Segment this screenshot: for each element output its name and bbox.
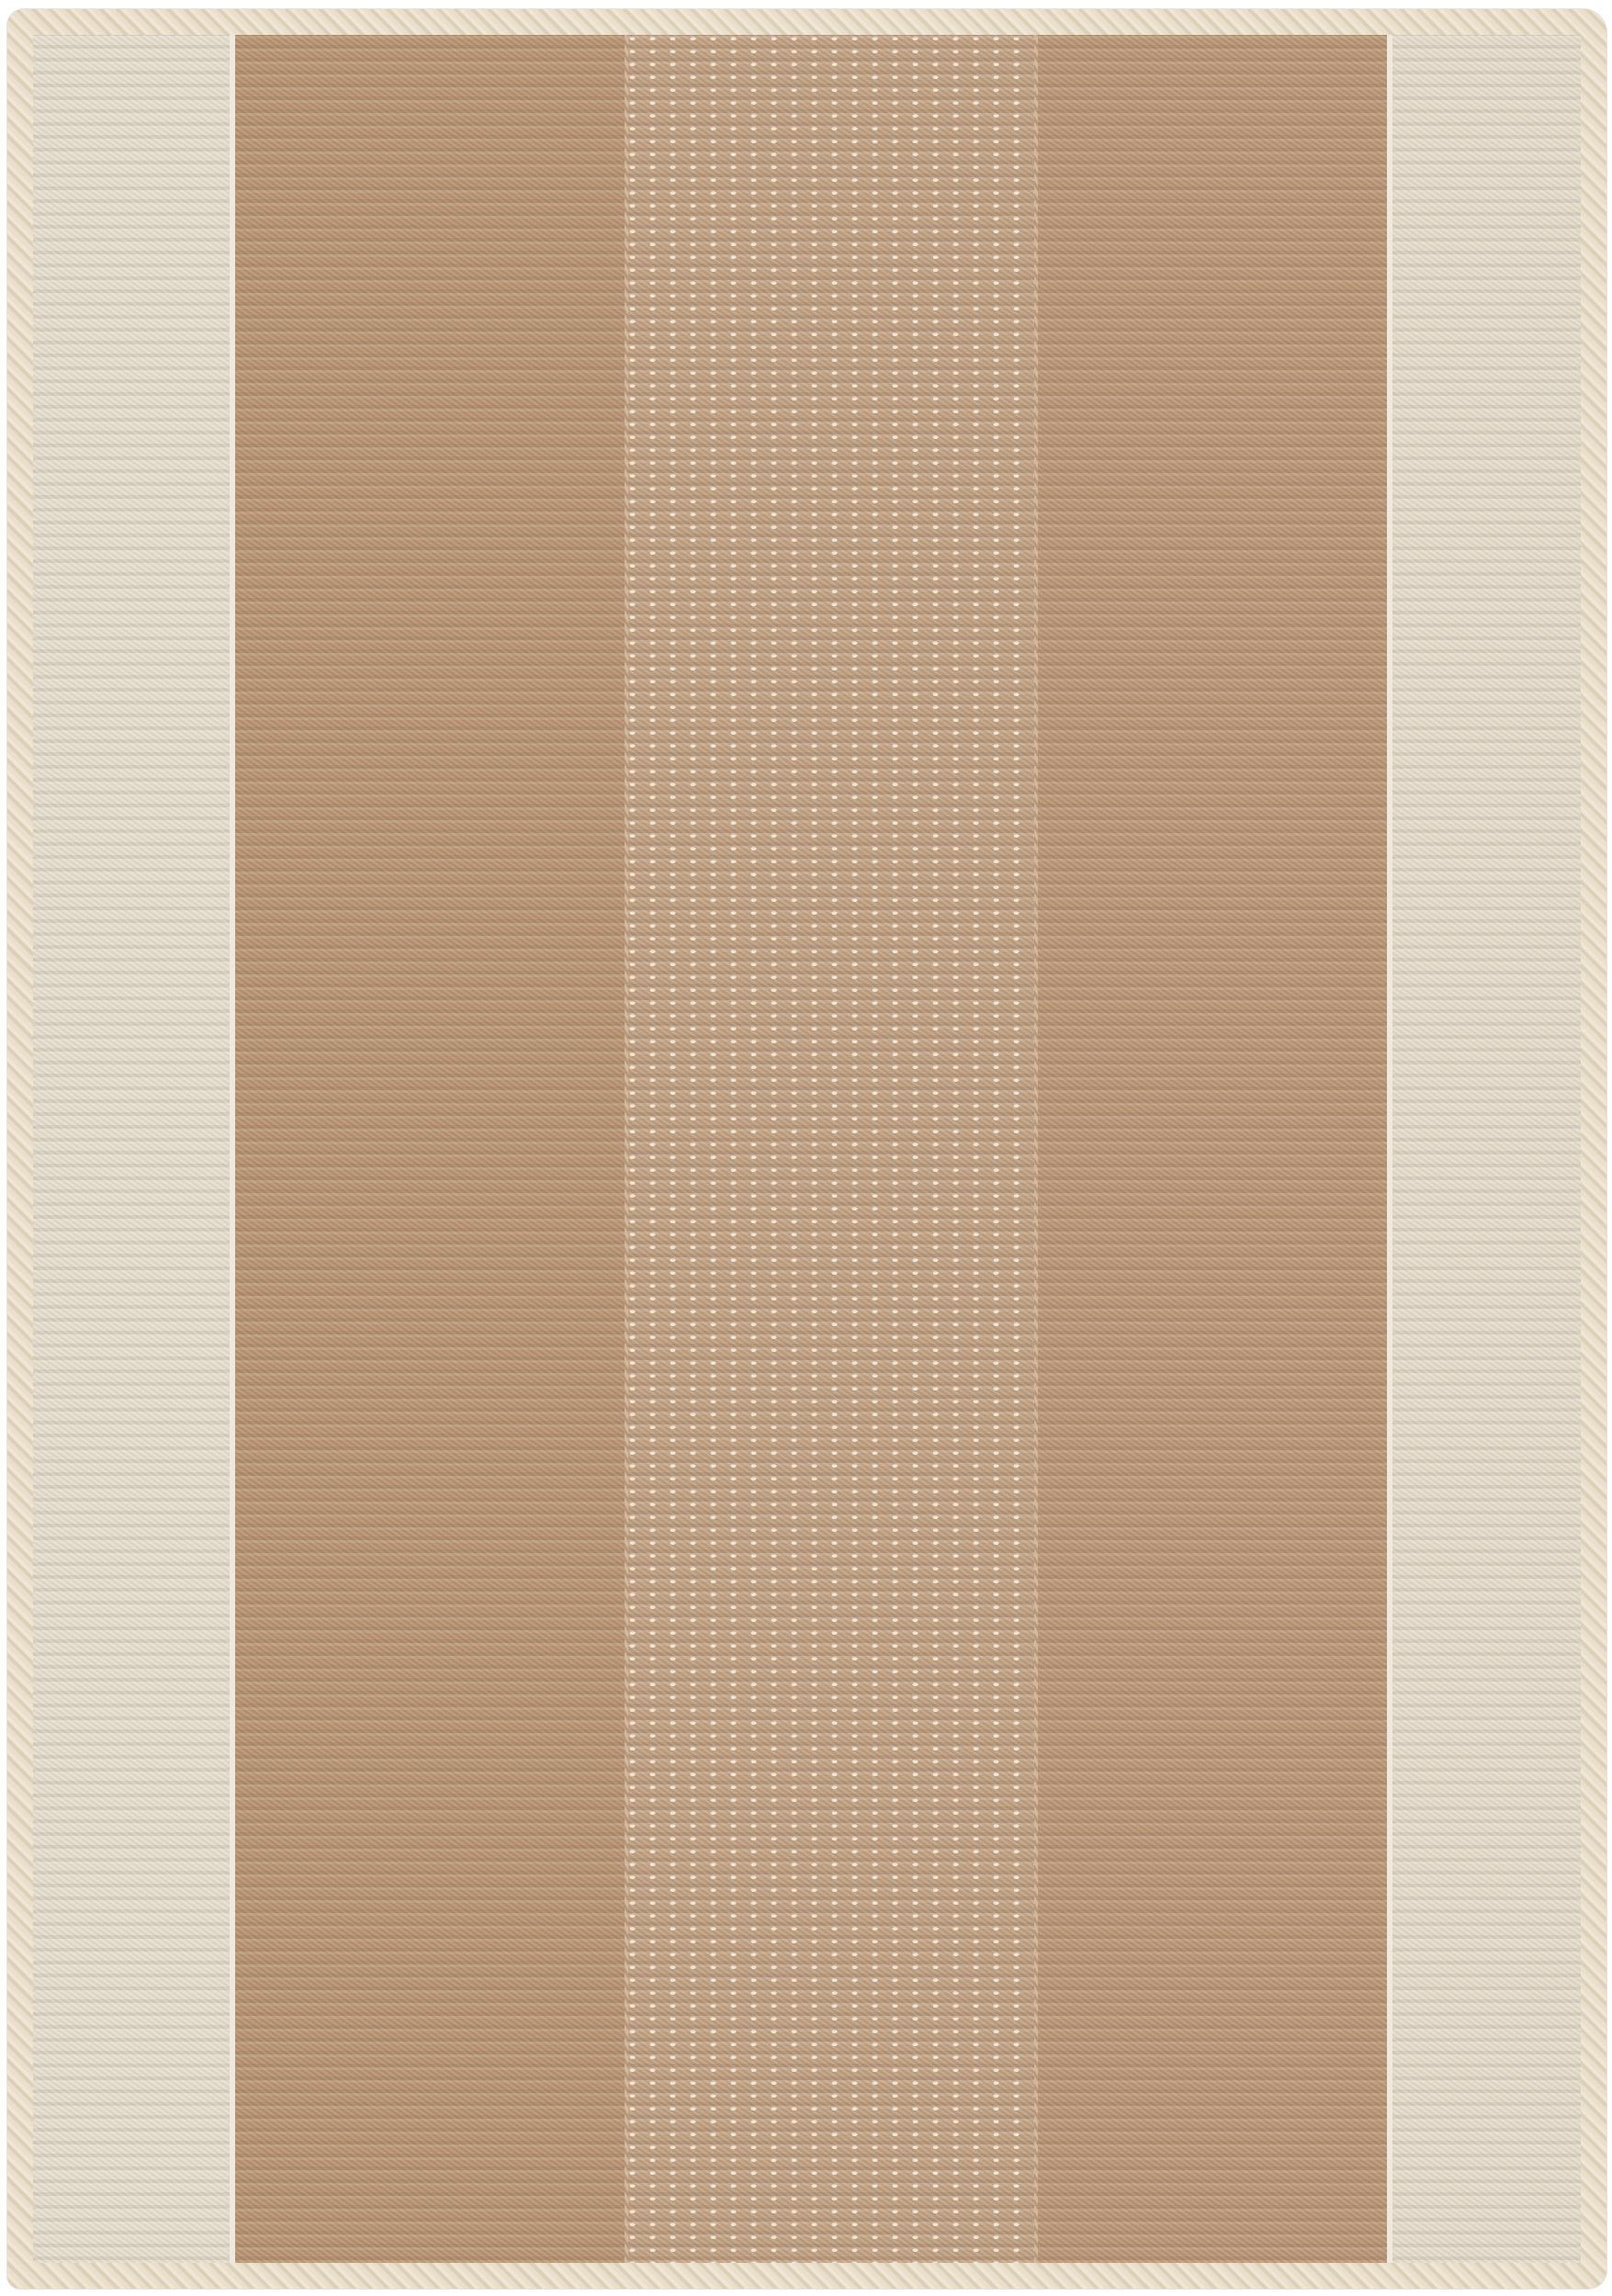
left-ivory-band [33,35,235,2263]
right-jute-panel [1038,35,1387,2263]
right-ivory-band [1387,35,1581,2263]
rug-field [33,35,1581,2263]
left-jute-panel [235,35,628,2263]
jute-rug [7,9,1606,2289]
center-flecked-panel [628,35,1038,2263]
